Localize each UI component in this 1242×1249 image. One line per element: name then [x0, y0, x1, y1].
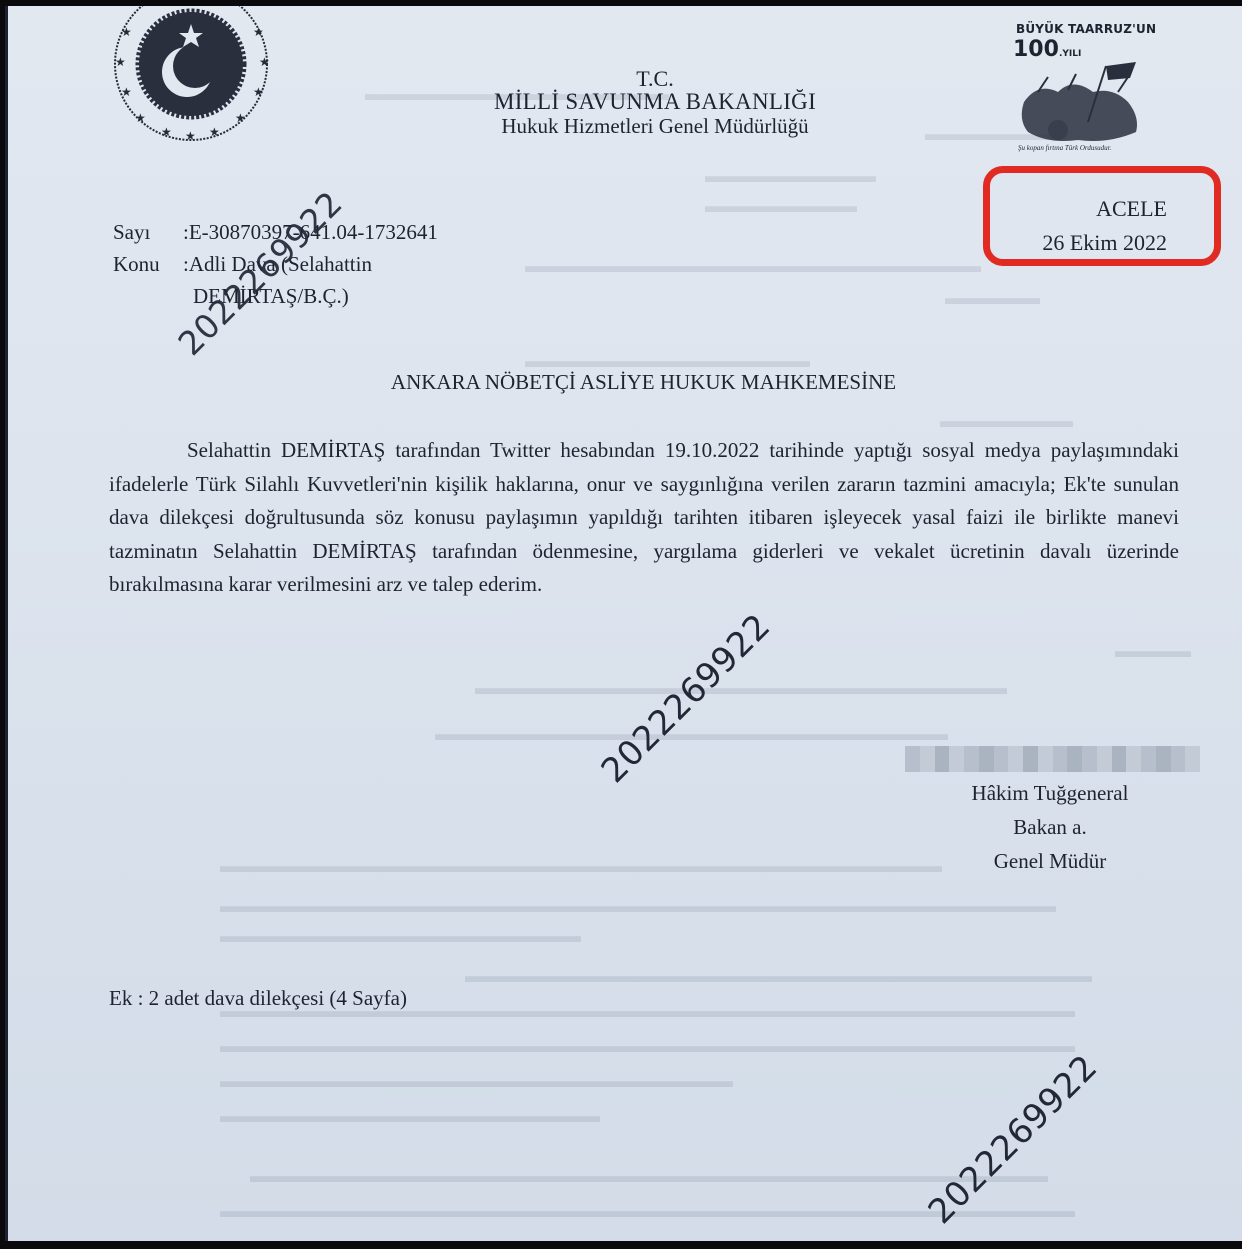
- svg-text:★: ★: [121, 85, 132, 99]
- redacted-signatory-name: [905, 746, 1200, 772]
- svg-text:★: ★: [115, 55, 126, 69]
- bleed-through-text: ▬▬▬▬▬▬▬▬▬▬▬▬▬▬▬▬▬▬▬▬▬▬▬▬▬▬▬▬▬▬▬▬▬▬▬▬▬▬▬▬…: [220, 1036, 1075, 1058]
- document-date: 26 Ekim 2022: [1017, 226, 1167, 260]
- urgency-notice: ACELE 26 Ekim 2022: [1017, 192, 1167, 260]
- bleed-through-text: ▬▬▬▬▬▬▬▬▬▬▬▬▬▬▬▬▬▬▬▬▬▬▬▬▬▬▬▬: [475, 678, 1007, 700]
- svg-text:★: ★: [161, 125, 172, 139]
- state-abbreviation: T.C.: [445, 68, 865, 90]
- document-page: ▬▬▬▬▬▬▬▬▬▬▬▬▬▬▬▬ ▬▬▬▬▬▬▬ ▬▬▬▬▬▬▬▬▬ ▬▬▬▬▬…: [5, 6, 1242, 1241]
- attachment-note: Ek : 2 adet dava dilekçesi (4 Sayfa): [109, 986, 407, 1011]
- bleed-through-text: ▬▬▬▬▬▬▬▬: [705, 196, 857, 218]
- letterhead: T.C. MİLLİ SAVUNMA BAKANLIĞI Hukuk Hizme…: [445, 68, 865, 138]
- ministry-name: MİLLİ SAVUNMA BAKANLIĞI: [445, 90, 865, 114]
- svg-text:★: ★: [259, 55, 270, 69]
- bleed-through-text: ▬▬▬▬▬▬▬▬▬▬▬▬▬▬▬▬▬▬▬: [220, 926, 581, 948]
- bleed-through-text: ▬▬▬▬▬▬▬▬▬▬▬▬▬▬▬▬▬▬▬▬▬▬▬▬▬▬▬: [220, 1071, 733, 1093]
- bleed-through-text: ▬▬▬▬▬▬▬: [940, 411, 1073, 433]
- bleed-through-text: ▬▬▬▬▬▬▬▬▬: [705, 166, 876, 188]
- number-label: Sayı: [113, 216, 183, 248]
- bleed-through-text: ▬▬▬▬▬▬▬▬▬▬▬▬▬▬▬▬▬▬▬▬▬▬▬▬▬▬▬▬▬▬▬▬▬▬▬▬▬▬▬▬…: [250, 1166, 1048, 1188]
- subject-label: Konu: [113, 248, 183, 280]
- bleed-through-text: ▬▬▬▬▬▬▬▬▬▬▬▬▬▬▬▬▬▬▬▬▬▬▬▬▬▬▬: [435, 724, 948, 746]
- bleed-through-text: ▬▬▬▬▬▬▬▬▬▬▬▬▬▬▬▬▬▬▬▬▬▬▬▬▬▬▬▬▬▬▬▬▬▬▬▬▬▬: [220, 856, 942, 878]
- svg-text:★: ★: [235, 111, 246, 125]
- letter-body: Selahattin DEMİRTAŞ tarafından Twitter h…: [109, 434, 1179, 602]
- soldiers-with-flag-icon: [1018, 62, 1148, 144]
- anniversary-motto: Şu kopan fırtına Türk Ordusudur.: [1018, 144, 1111, 152]
- ministry-emblem-icon: ★★★ ★★★ ★★★ ★★: [113, 6, 273, 146]
- svg-text:★: ★: [185, 129, 196, 143]
- anniversary-logo: BÜYÜK TAARRUZ'UN 100.YILI Şu kopan fırtı…: [1008, 22, 1158, 157]
- svg-text:★: ★: [253, 25, 264, 39]
- signatory-on-behalf: Bakan a.: [905, 810, 1195, 844]
- department-name: Hukuk Hizmetleri Genel Müdürlüğü: [445, 114, 865, 138]
- svg-text:★: ★: [121, 25, 132, 39]
- signatory-title: Genel Müdür: [905, 844, 1195, 878]
- photo-border: [0, 1241, 1242, 1249]
- bleed-through-text: ▬▬▬▬▬▬▬▬▬▬▬▬▬▬▬▬▬▬▬▬▬▬▬▬: [525, 256, 981, 278]
- bleed-through-text: ▬▬▬▬▬▬▬▬▬▬▬▬▬▬▬▬▬▬▬▬: [220, 1106, 600, 1128]
- page-edge-shadow: [5, 6, 8, 1241]
- bleed-through-text: ▬▬▬▬: [1115, 641, 1191, 663]
- recipient-court: ANKARA NÖBETÇİ ASLİYE HUKUK MAHKEMESİNE: [5, 370, 1242, 395]
- bleed-through-text: ▬▬▬▬▬▬▬▬▬▬▬▬▬▬▬▬▬▬▬▬▬▬▬▬▬▬▬▬▬▬▬▬▬▬▬▬▬▬▬▬…: [220, 896, 1056, 918]
- bleed-through-text: ▬▬▬▬▬: [945, 288, 1040, 310]
- signatory-rank: Hâkim Tuğgeneral: [905, 776, 1195, 810]
- urgent-label: ACELE: [1017, 192, 1167, 226]
- anniversary-title: BÜYÜK TAARRUZ'UN: [1016, 22, 1156, 36]
- anniversary-number: 100.YILI: [1013, 37, 1081, 62]
- svg-text:★: ★: [135, 111, 146, 125]
- bleed-through-text: ▬▬▬▬▬▬▬▬▬▬▬▬▬▬▬▬▬▬▬▬▬▬▬▬▬▬▬▬▬▬▬▬▬: [465, 966, 1092, 988]
- svg-text:★: ★: [253, 85, 264, 99]
- signature-block: Hâkim Tuğgeneral Bakan a. Genel Müdür: [905, 746, 1195, 878]
- svg-text:★: ★: [209, 125, 220, 139]
